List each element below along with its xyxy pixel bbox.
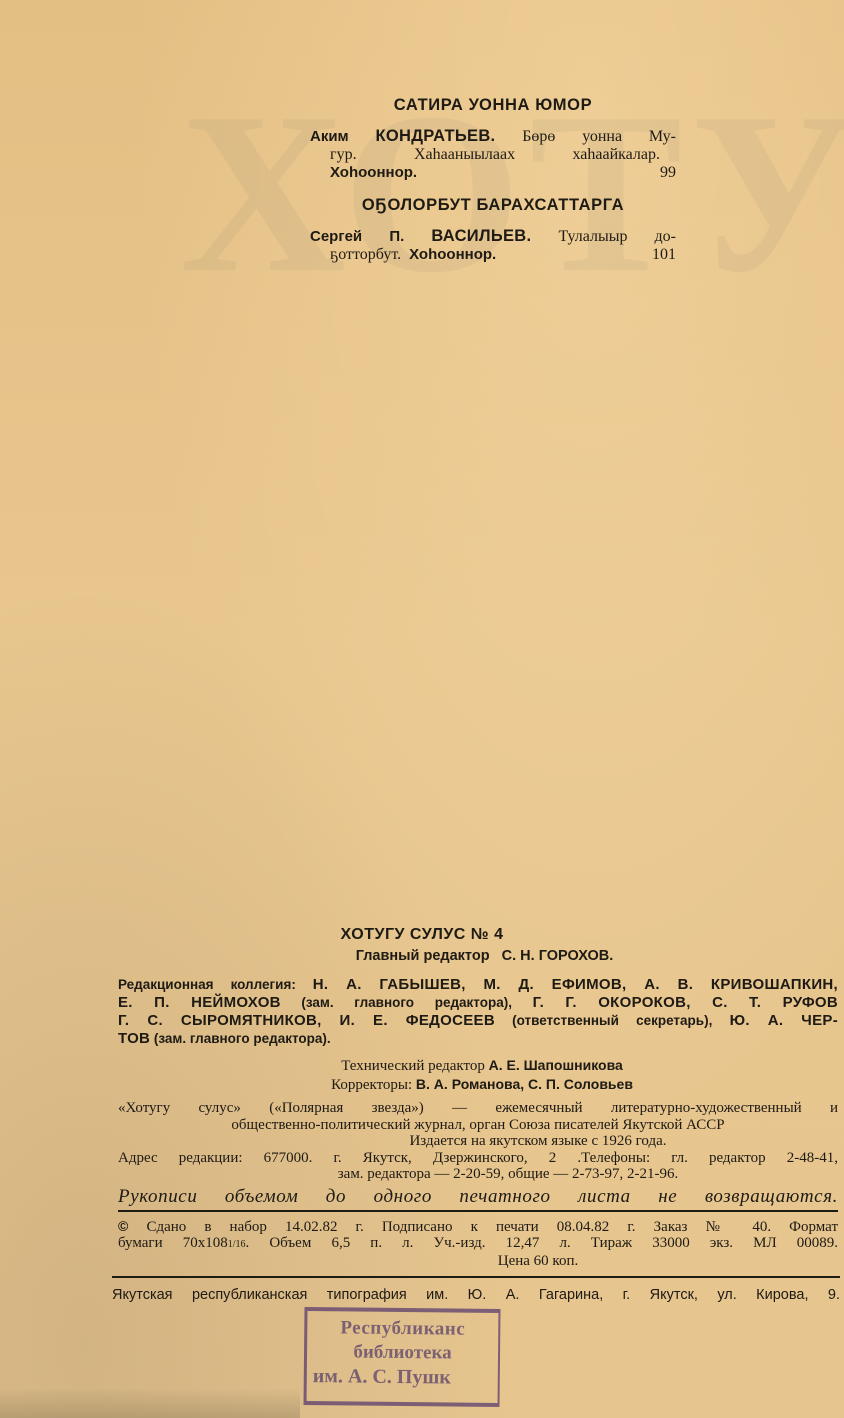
board-line: Е. П. НЕЙМОХОВ (зам. главного редактора)… xyxy=(118,994,838,1012)
print-text: Сдано в набор 14.02.82 г. Подписано к пе… xyxy=(146,1219,838,1235)
author-first-name: Аким xyxy=(310,128,349,145)
print-text: . Объем 6,5 п. л. Уч.-изд. 12,47 л. Тира… xyxy=(245,1235,838,1251)
page-number: 99 xyxy=(660,164,676,182)
price: Цена 60 коп. xyxy=(118,1253,838,1269)
chief-editor: Главный редактор С. Н. ГОРОХОВ. xyxy=(0,948,844,964)
toc-entry-line: Аким КОНДРАТЬЕВ. Бөрө уонна Му- xyxy=(310,127,676,146)
print-line: бумаги 70x1081/16. Объем 6,5 п. л. Уч.-и… xyxy=(118,1235,838,1253)
magazine-issue-title: ХОТУГУ СУЛУС № 4 xyxy=(0,926,844,944)
toc-section-title: САТИРА УОННА ЮМОР xyxy=(310,96,676,115)
copyright-icon: © xyxy=(118,1218,128,1234)
description-line: «Хотугу сулус» («Полярная звезда») — еже… xyxy=(118,1100,838,1117)
toc-entry[interactable]: Аким КОНДРАТЬЕВ. Бөрө уонна Му- гур. Хаһ… xyxy=(310,127,676,182)
title-text: ҕотторбут. xyxy=(330,246,401,263)
board-role-note: (зам. главного редактора), xyxy=(301,995,532,1010)
toc-section-title: ОҔОЛОРБУТ БАРАХСАТТАРГА xyxy=(310,196,676,215)
chief-editor-label: Главный редактор xyxy=(356,948,490,964)
editorial-board: Редакционная коллегия: Н. А. ГАБЫШЕВ, М.… xyxy=(118,976,838,1048)
toc-entry-line: Сергей П. ВАСИЛЬЕВ. Тулалыыр до- xyxy=(310,227,676,246)
page-edge-shadow xyxy=(0,1388,300,1418)
divider xyxy=(118,1210,838,1212)
address-line: Адрес редакции: 677000. г. Якутск, Дзерж… xyxy=(118,1150,838,1167)
correctors: Корректоры: В. А. Романова, С. П. Соловь… xyxy=(120,1075,844,1094)
description-line: общественно-политический журнал, орган С… xyxy=(118,1117,838,1134)
genre-label: Хоһооннор. xyxy=(330,164,417,181)
print-text: бумаги 70x108 xyxy=(118,1235,228,1251)
board-role-note: (зам. главного редактора). xyxy=(154,1031,331,1046)
tech-editor-label: Технический редактор xyxy=(341,1058,485,1074)
page-number: 101 xyxy=(652,246,676,264)
stamp-line: Республиканс xyxy=(307,1317,498,1341)
board-line: ТОВ (зам. главного редактора). xyxy=(118,1030,838,1048)
toc-entry-line: Хоһооннор. xyxy=(310,164,676,182)
chief-editor-name: С. Н. ГОРОХОВ. xyxy=(502,948,614,964)
board-names: Ю. А. ЧЕР- xyxy=(730,1012,838,1029)
print-details: © Сдано в набор 14.02.82 г. Подписано к … xyxy=(118,1218,838,1269)
manuscripts-notice: Рукописи объемом до одного печатного лис… xyxy=(118,1186,838,1208)
board-names: Е. П. НЕЙМОХОВ xyxy=(118,994,281,1011)
board-names: Н. А. ГАБЫШЕВ, М. Д. ЕФИМОВ, А. В. КРИВО… xyxy=(313,976,838,993)
tech-editor-name: А. Е. Шапошникова xyxy=(489,1057,623,1073)
toc-entry[interactable]: Сергей П. ВАСИЛЬЕВ. Тулалыыр до- ҕотторб… xyxy=(310,227,676,264)
board-label: Редакционная коллегия: xyxy=(118,977,296,992)
genre-label: Хоһооннор. xyxy=(409,246,496,263)
correctors-names: В. А. Романова, С. П. Соловьев xyxy=(416,1076,633,1092)
phones-line: зам. редактора — 2-20-59, общие — 2-73-9… xyxy=(118,1166,838,1183)
magazine-description: «Хотугу сулус» («Полярная звезда») — еже… xyxy=(118,1100,838,1183)
divider xyxy=(112,1276,840,1278)
toc-entry-line: гур. Хаһааныылаах хаһаайкалар. xyxy=(310,146,660,164)
board-line: Редакционная коллегия: Н. А. ГАБЫШЕВ, М.… xyxy=(118,976,838,994)
stamp-line: библиотека xyxy=(307,1341,498,1365)
table-of-contents: САТИРА УОННА ЮМОР Аким КОНДРАТЬЕВ. Бөрө … xyxy=(310,96,676,264)
board-line: Г. С. СЫРОМЯТНИКОВ, И. Е. ФЕДОСЕЕВ (отве… xyxy=(118,1012,838,1030)
title-text: Бөрө уонна Му- xyxy=(522,128,676,145)
tech-editor: Технический редактор А. Е. Шапошникова xyxy=(120,1056,844,1075)
board-names: Г. С. СЫРОМЯТНИКОВ, И. Е. ФЕДОСЕЕВ xyxy=(118,1012,495,1029)
board-role-note: (ответственный секретарь), xyxy=(512,1013,729,1028)
title-text: Тулалыыр до- xyxy=(558,228,676,245)
correctors-label: Корректоры: xyxy=(331,1077,412,1093)
board-names: ТОВ xyxy=(118,1030,150,1047)
description-line: Издается на якутском языке с 1926 года. xyxy=(118,1133,838,1150)
author-last-name: КОНДРАТЬЕВ. xyxy=(375,127,495,145)
print-line: © Сдано в набор 14.02.82 г. Подписано к … xyxy=(118,1218,838,1235)
author-first-name: Сергей П. xyxy=(310,228,404,245)
format-fraction: 1/16 xyxy=(228,1239,246,1250)
technical-staff: Технический редактор А. Е. Шапошникова К… xyxy=(0,1056,844,1094)
author-last-name: ВАСИЛЬЕВ. xyxy=(431,227,531,245)
library-stamp: Республиканс библиотека им. А. С. Пушк xyxy=(303,1307,500,1407)
stamp-line: им. А. С. Пушк xyxy=(307,1365,498,1390)
printing-house: Якутская республиканская типография им. … xyxy=(112,1287,840,1303)
board-names: Г. Г. ОКОРОКОВ, С. Т. РУФОВ xyxy=(533,994,838,1011)
toc-entry-line: ҕотторбут. Хоһооннор. xyxy=(310,246,676,264)
